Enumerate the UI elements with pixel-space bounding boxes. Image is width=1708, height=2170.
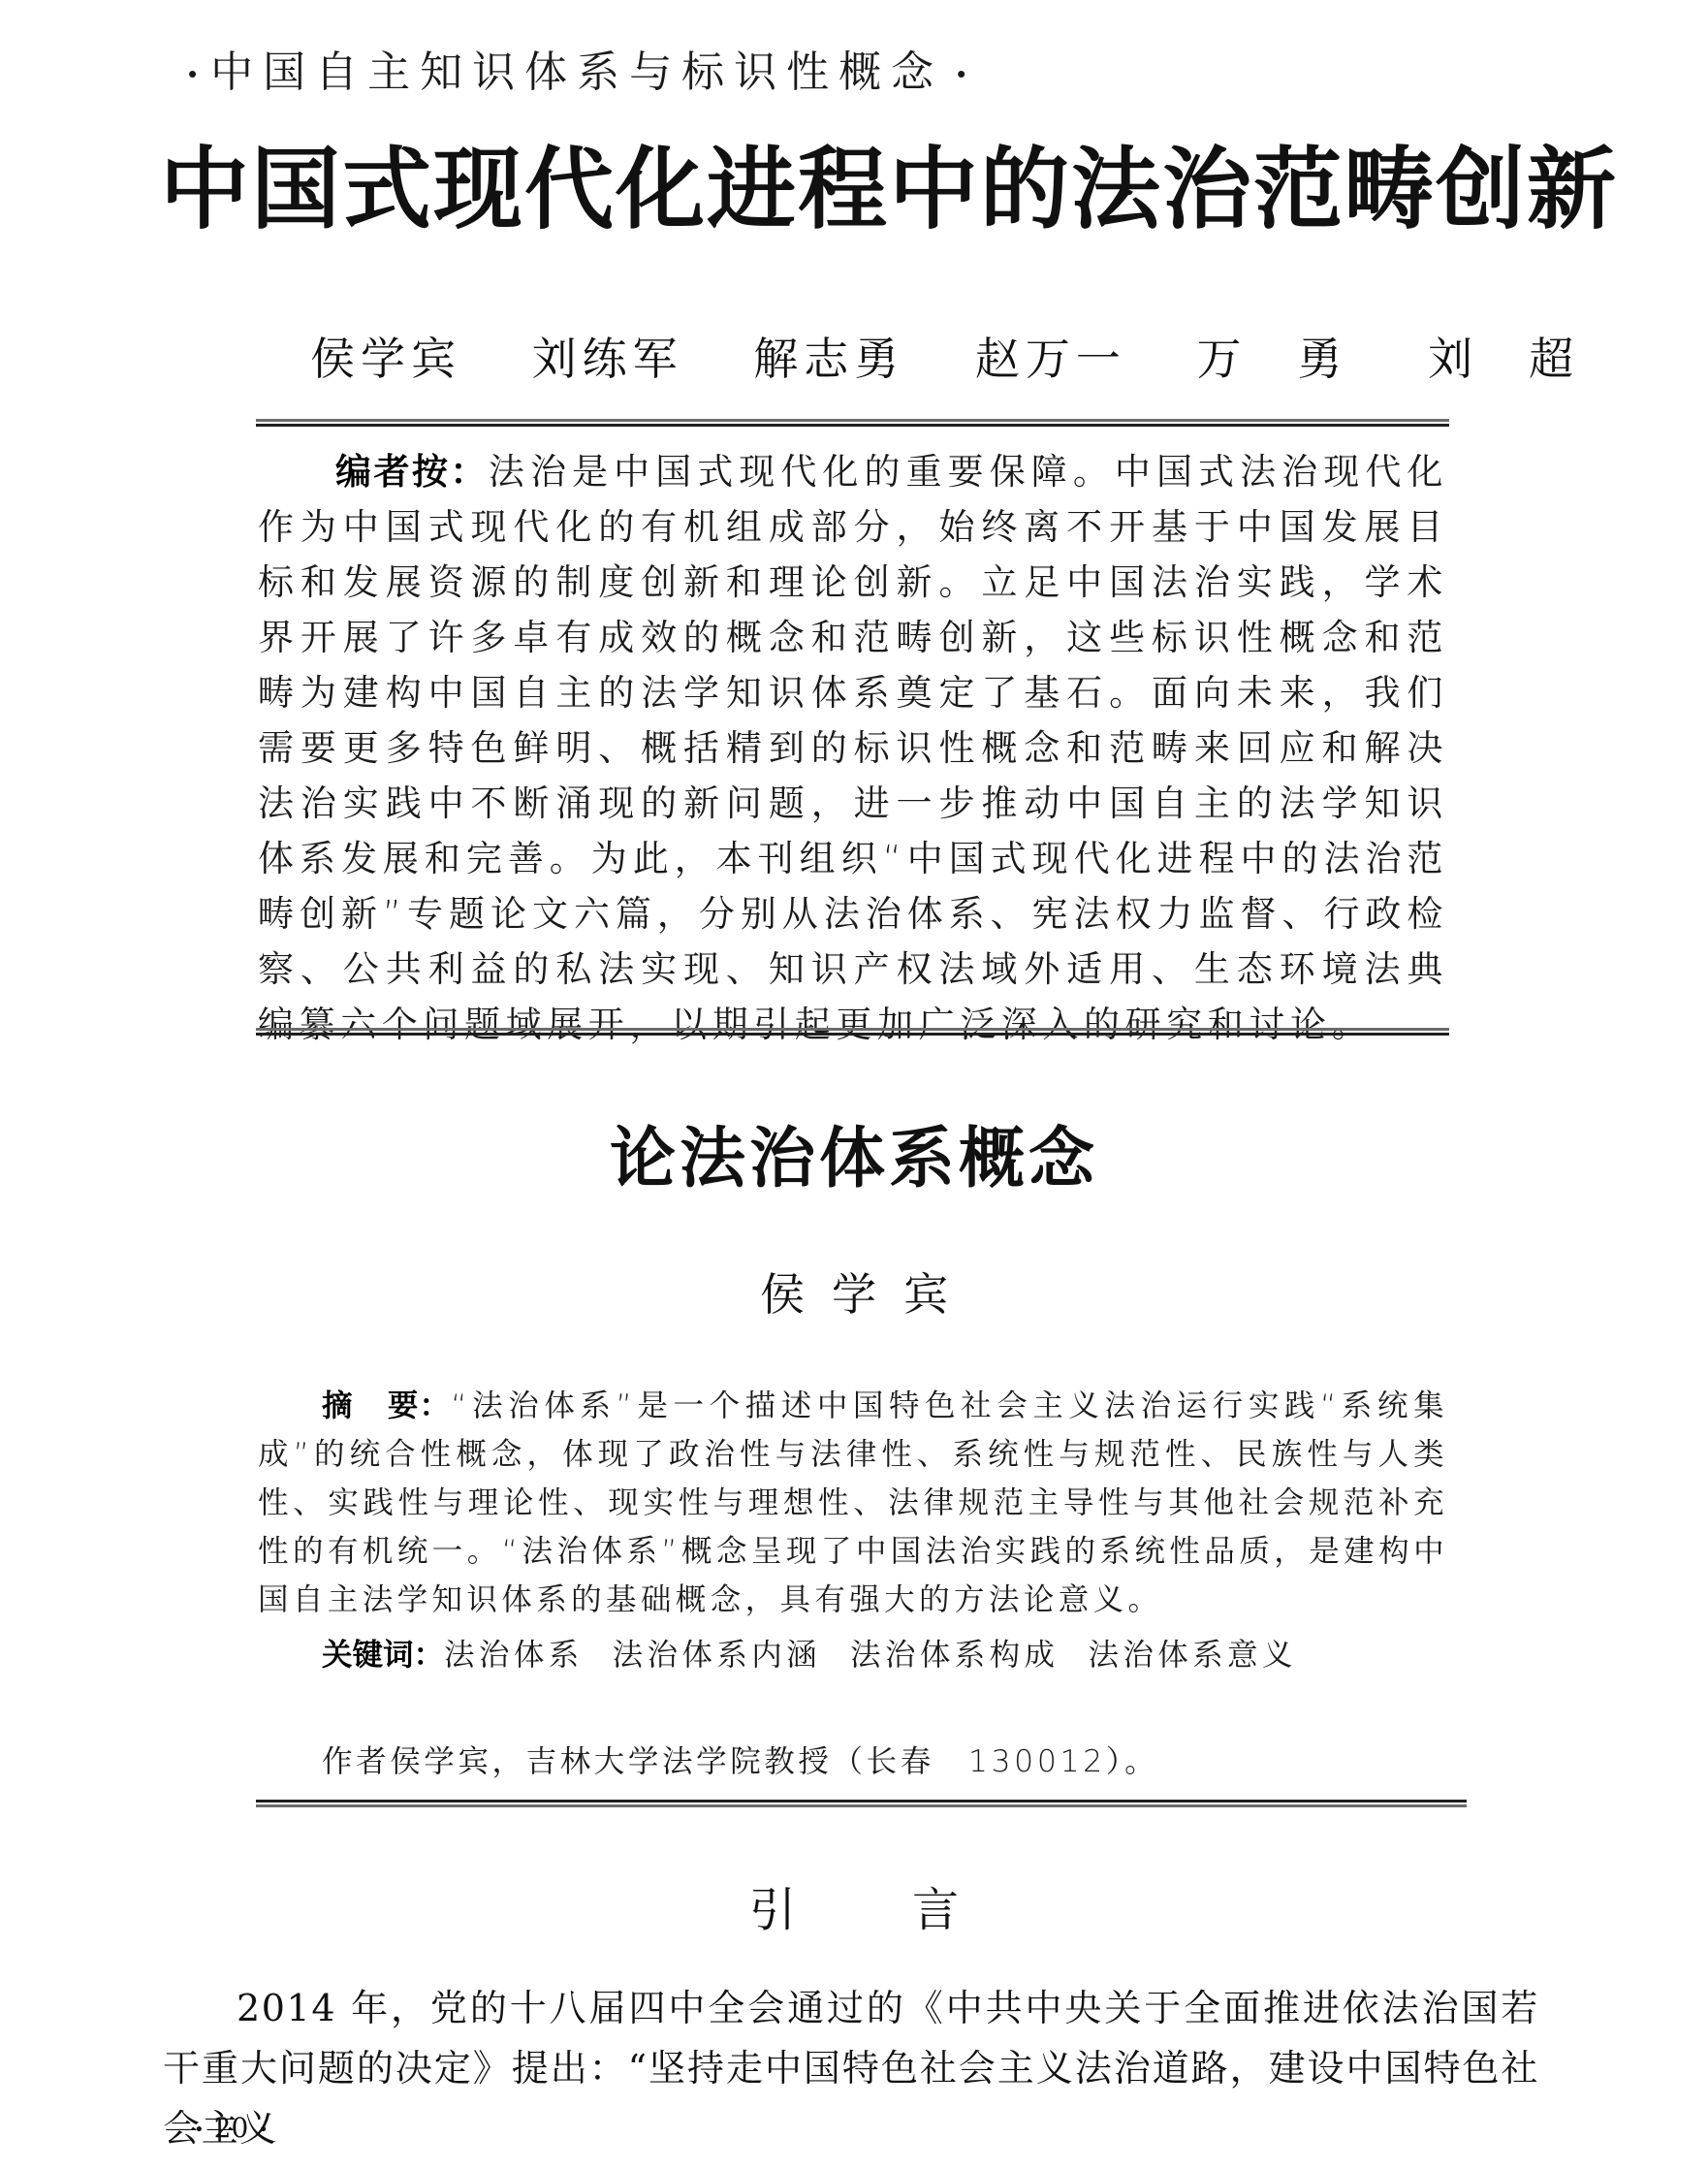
keywords: 关键词：法治体系法治体系内涵法治体系构成法治体系意义 [322, 1631, 1326, 1679]
editor-note-label: 编者按： [335, 451, 489, 493]
column-header-text: 中国自主知识体系与标识性概念 [210, 48, 943, 97]
series-author: 刘练军 [532, 325, 683, 393]
bullet-icon: • [248, 2120, 278, 2140]
series-author: 解志勇 [753, 325, 904, 393]
keyword: 法治体系构成 [850, 1631, 1059, 1679]
abstract-label: 摘要： [322, 1388, 451, 1423]
keyword: 法治体系内涵 [613, 1631, 821, 1679]
divider-rule [256, 1028, 1449, 1037]
section-heading: 引言 [0, 1876, 1708, 1944]
article-title: 论法治体系概念 [0, 1115, 1708, 1202]
series-authors: 侯学宾 刘练军 解志勇 赵万一 万 勇 刘 超 [310, 325, 1639, 393]
series-title: 中国式现代化进程中的法治范畴创新 [160, 136, 1546, 242]
series-author: 刘 超 [1428, 325, 1579, 393]
divider-rule [256, 419, 1449, 428]
bullet-icon: • [184, 2120, 214, 2140]
keywords-label: 关键词： [322, 1638, 444, 1673]
section-heading-char: 言 [912, 1883, 959, 1937]
article-author: 侯学宾 [0, 1261, 1708, 1328]
section-heading-char: 引 [749, 1883, 796, 1937]
abstract: 摘要：“法治体系”是一个描述中国特色社会主义法治运行实践“系统集成”的统合性概念… [258, 1382, 1448, 1624]
series-author: 赵万一 [975, 325, 1126, 393]
editor-note-text: 法治是中国式现代化的重要保障。中国式法治现代化作为中国式现代化的有机组成部分，始… [258, 451, 1448, 1045]
editor-note: 编者按：法治是中国式现代化的重要保障。中国式法治现代化作为中国式现代化的有机组成… [258, 444, 1448, 1052]
body-paragraph: 2014 年，党的十八届四中全会通过的《中共中央关于全面推进依法治国若干重大问题… [163, 1978, 1539, 2158]
author-info: 作者侯学宾，吉林大学法学院教授（长春 130012）。 [322, 1738, 1158, 1786]
series-author: 侯学宾 [310, 325, 461, 393]
bullet-icon: • [943, 60, 979, 89]
keyword: 法治体系意义 [1088, 1631, 1296, 1679]
column-header: •中国自主知识体系与标识性概念• [174, 39, 979, 109]
keyword: 法治体系 [444, 1631, 584, 1679]
bullet-icon: • [174, 60, 210, 89]
page-number-value: 20 [214, 2112, 249, 2144]
series-author: 万 勇 [1197, 325, 1348, 393]
page-number: •20• [184, 2109, 278, 2150]
divider-rule [256, 1800, 1467, 1808]
